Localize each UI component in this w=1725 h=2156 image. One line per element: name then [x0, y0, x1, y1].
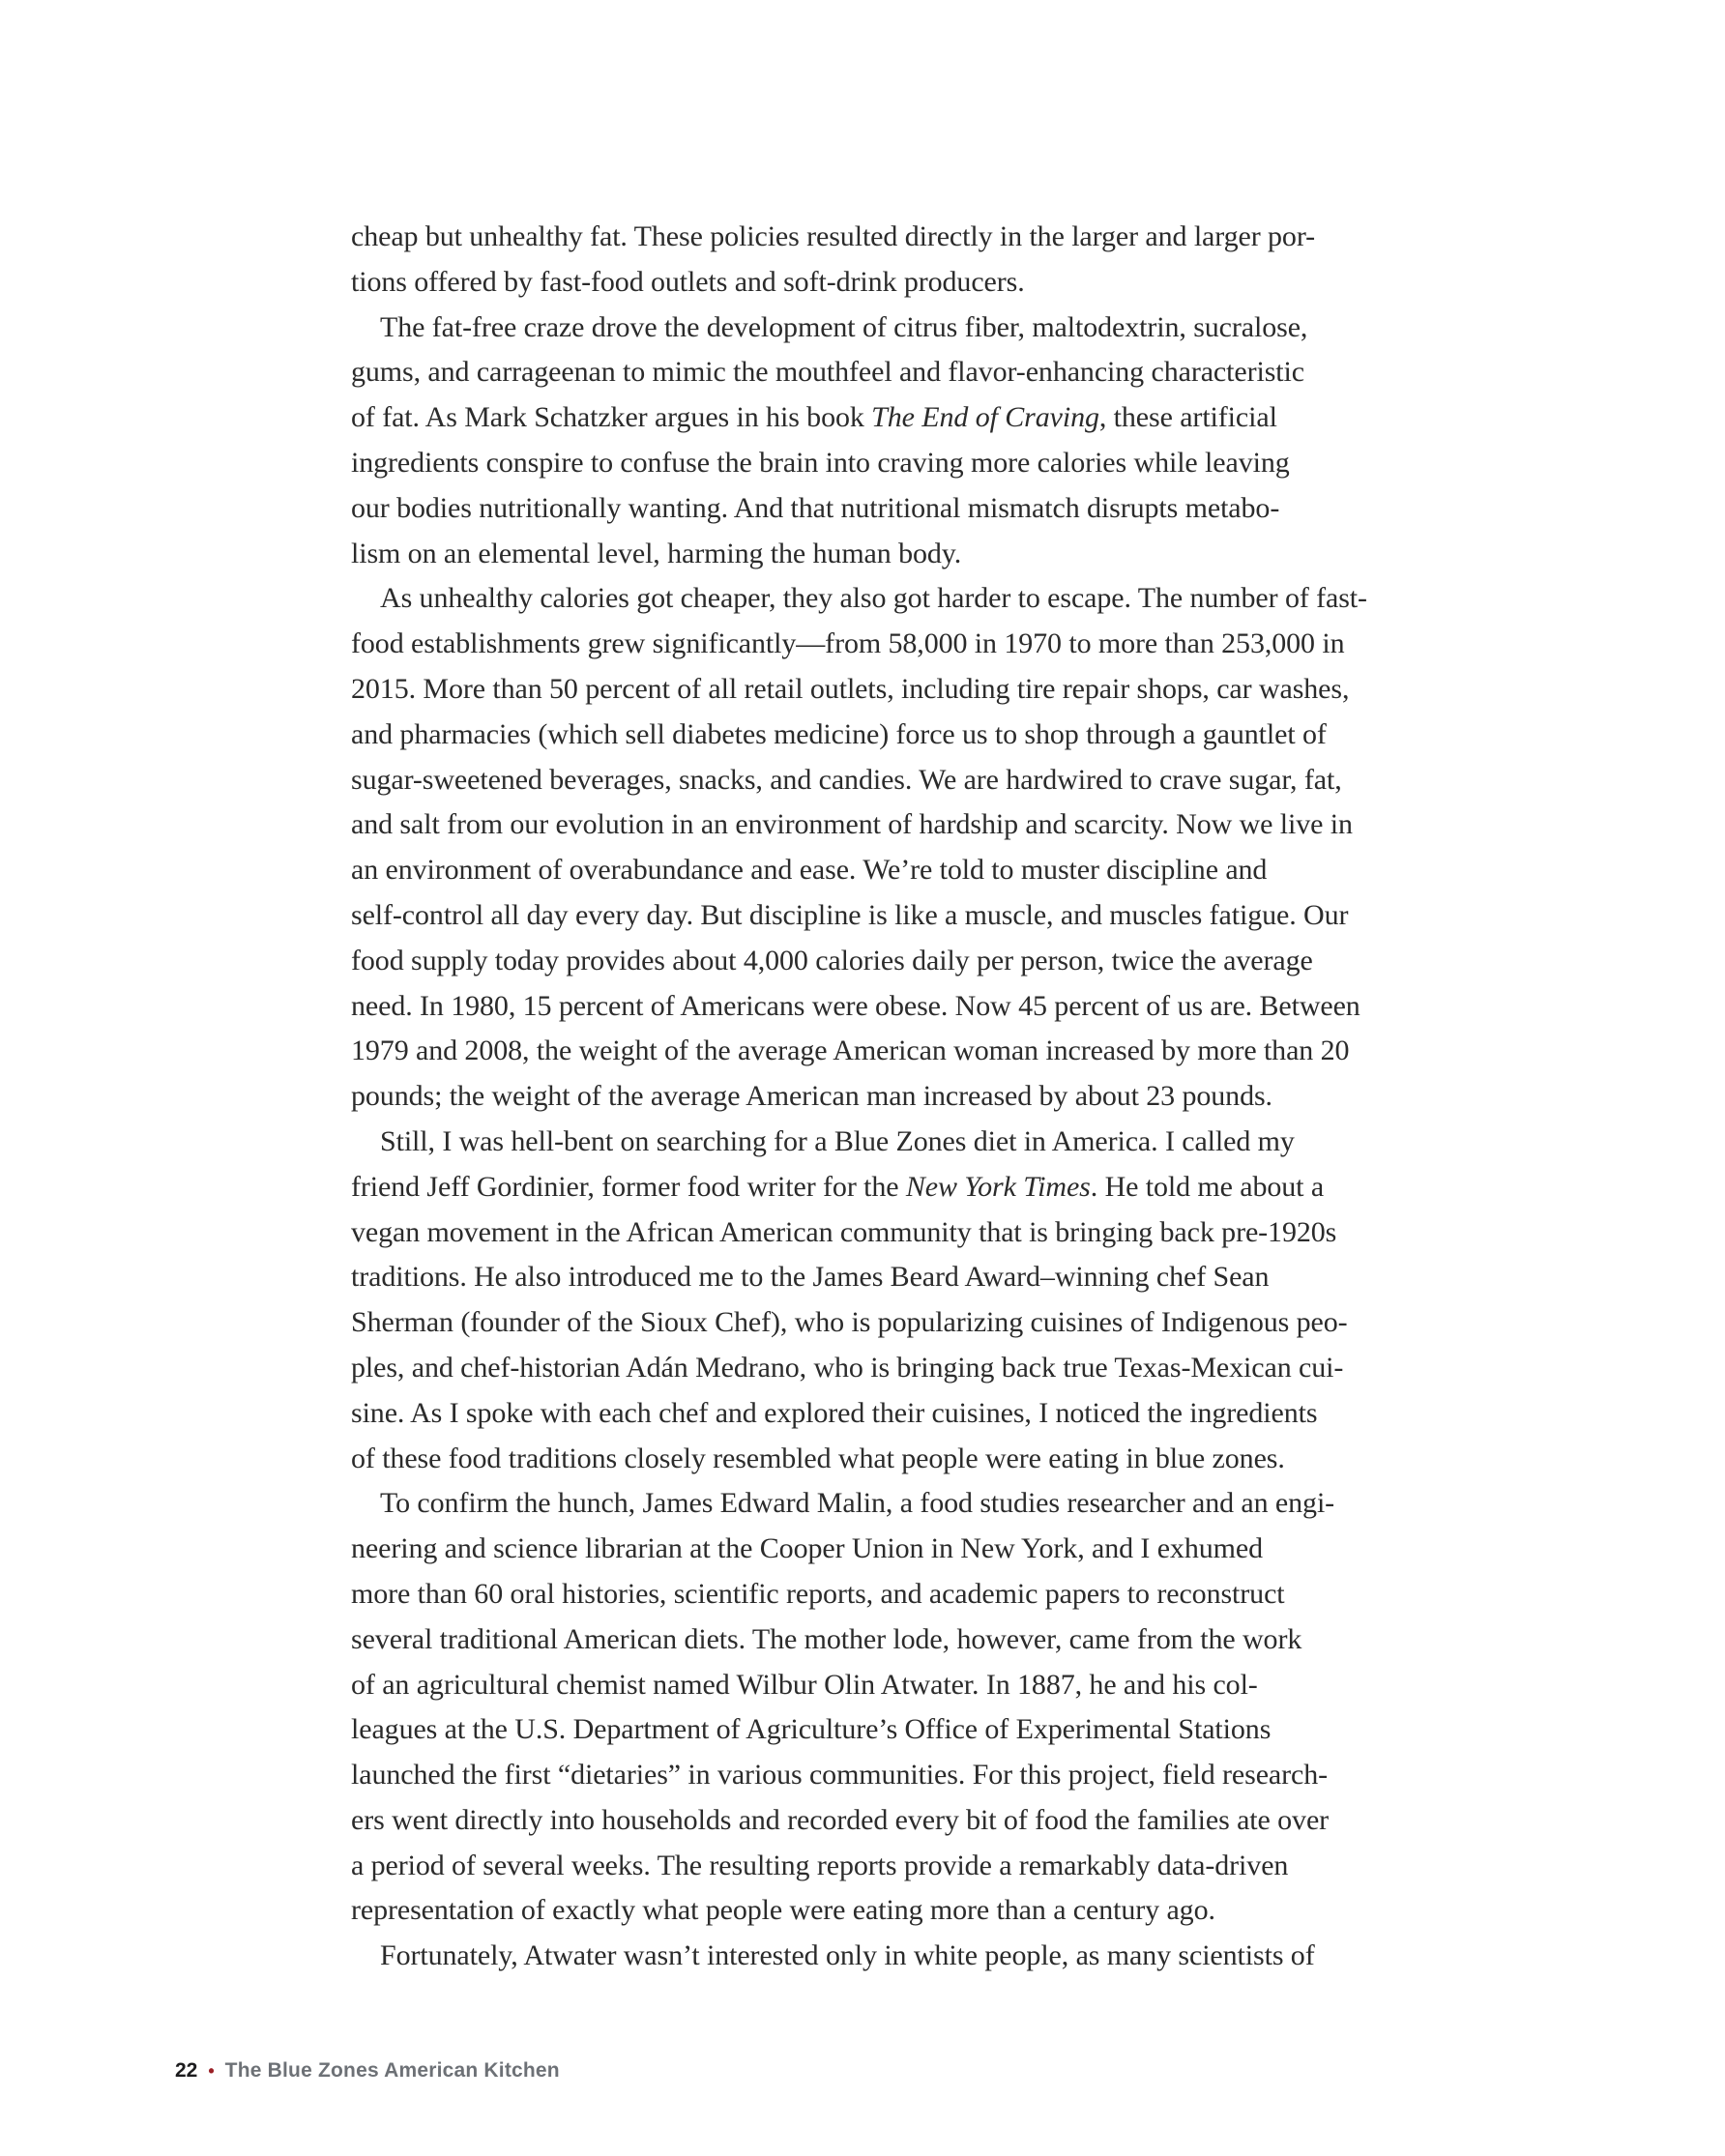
text-line: and salt from our evolution in an enviro…: [351, 802, 1415, 848]
text-line: leagues at the U.S. Department of Agricu…: [351, 1707, 1415, 1753]
text-line: launched the first “dietaries” in variou…: [351, 1753, 1415, 1798]
body-text: cheap but unhealthy fat. These policies …: [351, 215, 1415, 1979]
page-footer: 22 • The Blue Zones American Kitchen: [175, 2059, 560, 2083]
text-line: of an agricultural chemist named Wilbur …: [351, 1663, 1415, 1708]
text-line: Fortunately, Atwater wasn’t interested o…: [351, 1934, 1415, 1979]
text-line: traditions. He also introduced me to the…: [351, 1255, 1415, 1300]
text-line: self-control all day every day. But disc…: [351, 893, 1415, 939]
text-line: our bodies nutritionally wanting. And th…: [351, 486, 1415, 532]
text-line: cheap but unhealthy fat. These policies …: [351, 215, 1415, 260]
text-line: To confirm the hunch, James Edward Malin…: [351, 1481, 1415, 1527]
text-line: ers went directly into households and re…: [351, 1798, 1415, 1844]
text-line: ingredients conspire to confuse the brai…: [351, 441, 1415, 486]
text-line: food establishments grew significantly—f…: [351, 622, 1415, 667]
text-line: several traditional American diets. The …: [351, 1617, 1415, 1663]
text-line: vegan movement in the African American c…: [351, 1210, 1415, 1256]
text-line: As unhealthy calories got cheaper, they …: [351, 576, 1415, 622]
text-line: neering and science librarian at the Coo…: [351, 1527, 1415, 1572]
text-line: tions offered by fast-food outlets and s…: [351, 260, 1415, 306]
text-line: 2015. More than 50 percent of all retail…: [351, 667, 1415, 713]
text-line: food supply today provides about 4,000 c…: [351, 939, 1415, 984]
text-line: pounds; the weight of the average Americ…: [351, 1074, 1415, 1120]
footer-bullet-icon: •: [208, 2061, 214, 2082]
text-line: need. In 1980, 15 percent of Americans w…: [351, 984, 1415, 1030]
text-line: lism on an elemental level, harming the …: [351, 532, 1415, 577]
page-number: 22: [175, 2059, 197, 2083]
text-line: representation of exactly what people we…: [351, 1888, 1415, 1934]
footer-book-title: The Blue Zones American Kitchen: [225, 2059, 560, 2083]
text-line: friend Jeff Gordinier, former food write…: [351, 1165, 1415, 1210]
text-line: Sherman (founder of the Sioux Chef), who…: [351, 1300, 1415, 1346]
text-line: 1979 and 2008, the weight of the average…: [351, 1029, 1415, 1074]
text-line: gums, and carrageenan to mimic the mouth…: [351, 350, 1415, 395]
text-line: sine. As I spoke with each chef and expl…: [351, 1391, 1415, 1437]
text-line: and pharmacies (which sell diabetes medi…: [351, 713, 1415, 758]
text-line: an environment of overabundance and ease…: [351, 848, 1415, 893]
text-line: sugar-sweetened beverages, snacks, and c…: [351, 758, 1415, 803]
text-line: ples, and chef-historian Adán Medrano, w…: [351, 1346, 1415, 1391]
text-line: of these food traditions closely resembl…: [351, 1437, 1415, 1482]
text-line: more than 60 oral histories, scientific …: [351, 1572, 1415, 1617]
text-line: Still, I was hell-bent on searching for …: [351, 1120, 1415, 1165]
text-line: The fat-free craze drove the development…: [351, 306, 1415, 351]
text-line: a period of several weeks. The resulting…: [351, 1844, 1415, 1889]
text-line: of fat. As Mark Schatzker argues in his …: [351, 395, 1415, 441]
book-page: cheap but unhealthy fat. These policies …: [0, 0, 1725, 2156]
